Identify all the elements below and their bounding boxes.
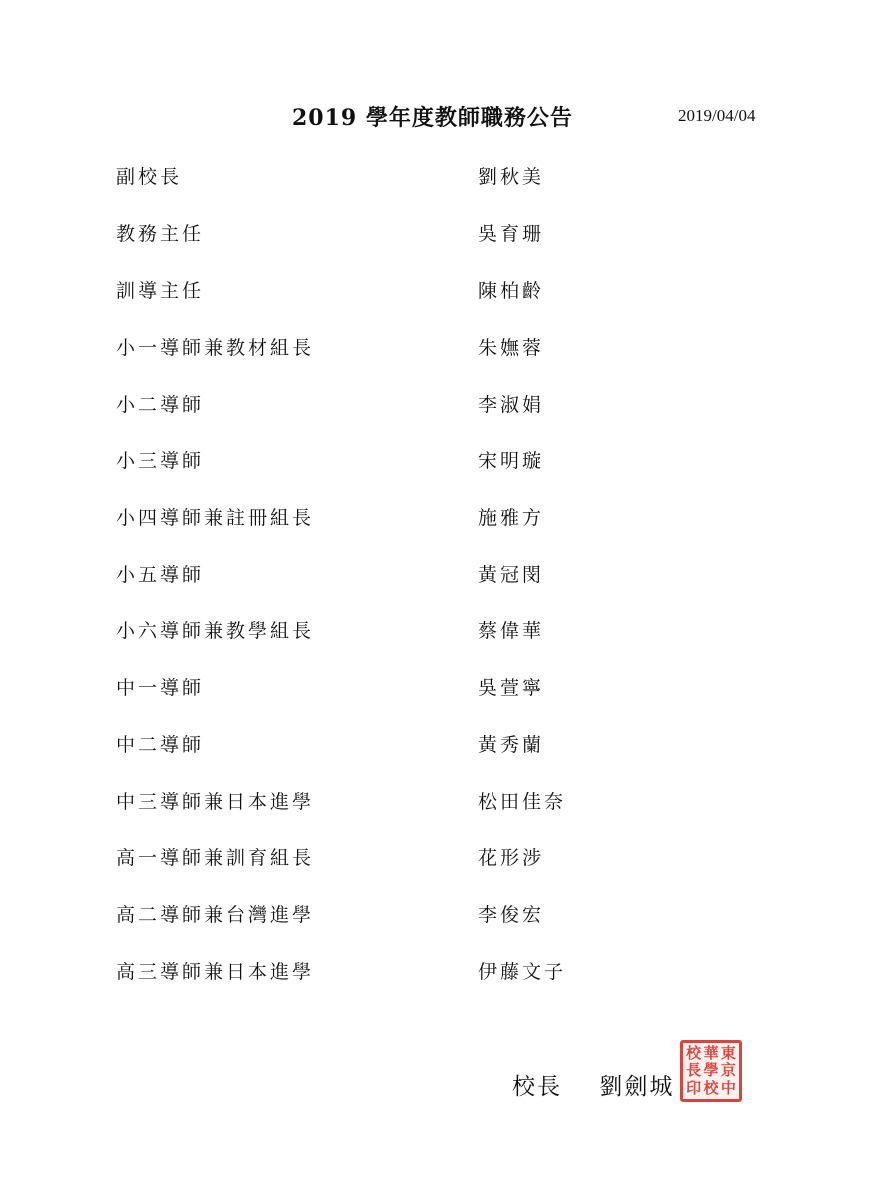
assignment-row: 高二導師兼台灣進學 李俊宏	[0, 900, 885, 930]
assignment-row: 小二導師 李淑娟	[0, 390, 885, 420]
role-label: 教務主任	[116, 219, 204, 246]
role-label: 小四導師兼註冊組長	[116, 503, 314, 530]
teacher-name: 吳育珊	[478, 219, 544, 246]
assignment-row: 教務主任 吳育珊	[0, 219, 885, 249]
assignment-row: 小四導師兼註冊組長 施雅方	[0, 503, 885, 533]
teacher-name: 朱嫵蓉	[478, 333, 544, 360]
announcement-date: 2019/04/04	[678, 106, 755, 126]
teacher-name: 宋明璇	[478, 446, 544, 473]
teacher-name: 伊藤文子	[478, 957, 566, 984]
signature-name: 劉劍城	[599, 1074, 674, 1100]
signature-title: 校長	[512, 1074, 562, 1100]
role-label: 中二導師	[116, 730, 204, 757]
assignment-row: 高一導師兼訓育組長 花形涉	[0, 843, 885, 873]
assignment-row: 中二導師 黃秀蘭	[0, 730, 885, 760]
seal-char: 華	[703, 1045, 718, 1062]
assignment-row: 中一導師 吳萱寧	[0, 673, 885, 703]
role-label: 小三導師	[116, 446, 204, 473]
seal-char: 京	[721, 1062, 736, 1079]
seal-char: 學	[703, 1062, 718, 1079]
role-label: 高二導師兼台灣進學	[116, 900, 314, 927]
role-label: 副校長	[116, 162, 182, 189]
role-label: 小六導師兼教學組長	[116, 616, 314, 643]
teacher-name: 李俊宏	[478, 900, 544, 927]
official-seal-icon: 東 京 中 華 學 校 校 長 印	[680, 1040, 742, 1102]
assignment-row: 訓導主任 陳柏齡	[0, 276, 885, 306]
teacher-name: 李淑娟	[478, 390, 544, 417]
teacher-name: 劉秋美	[478, 162, 544, 189]
teacher-name: 陳柏齡	[478, 276, 544, 303]
seal-column: 東 京 中	[721, 1045, 736, 1097]
seal-char: 中	[721, 1080, 736, 1097]
teacher-name: 蔡偉華	[478, 616, 544, 643]
role-label: 訓導主任	[116, 276, 204, 303]
seal-char: 印	[686, 1080, 701, 1097]
assignment-row: 副校長 劉秋美	[0, 162, 885, 192]
teacher-name: 施雅方	[478, 503, 544, 530]
assignment-row: 小一導師兼教材組長 朱嫵蓉	[0, 333, 885, 363]
role-label: 高一導師兼訓育組長	[116, 843, 314, 870]
teacher-name: 黃冠閔	[478, 560, 544, 587]
seal-column: 華 學 校	[703, 1045, 718, 1097]
announcement-title: 2019 學年度教師職務公告	[292, 101, 573, 132]
principal-signature: 校長 劉劍城	[512, 1068, 674, 1101]
role-label: 高三導師兼日本進學	[116, 957, 314, 984]
seal-char: 長	[686, 1062, 701, 1079]
assignment-row: 小六導師兼教學組長 蔡偉華	[0, 616, 885, 646]
seal-char: 校	[703, 1080, 718, 1097]
seal-char: 校	[686, 1045, 701, 1062]
teacher-name: 黃秀蘭	[478, 730, 544, 757]
assignment-row: 中三導師兼日本進學 松田佳奈	[0, 787, 885, 817]
role-label: 小五導師	[116, 560, 204, 587]
teacher-name: 花形涉	[478, 843, 544, 870]
role-label: 小二導師	[116, 390, 204, 417]
seal-column: 校 長 印	[686, 1045, 701, 1097]
assignment-row: 小五導師 黃冠閔	[0, 560, 885, 590]
assignment-row: 高三導師兼日本進學 伊藤文子	[0, 957, 885, 987]
role-label: 中三導師兼日本進學	[116, 787, 314, 814]
role-label: 中一導師	[116, 673, 204, 700]
seal-char: 東	[721, 1045, 736, 1062]
teacher-name: 松田佳奈	[478, 787, 566, 814]
role-label: 小一導師兼教材組長	[116, 333, 314, 360]
teacher-name: 吳萱寧	[478, 673, 544, 700]
assignment-row: 小三導師 宋明璇	[0, 446, 885, 476]
